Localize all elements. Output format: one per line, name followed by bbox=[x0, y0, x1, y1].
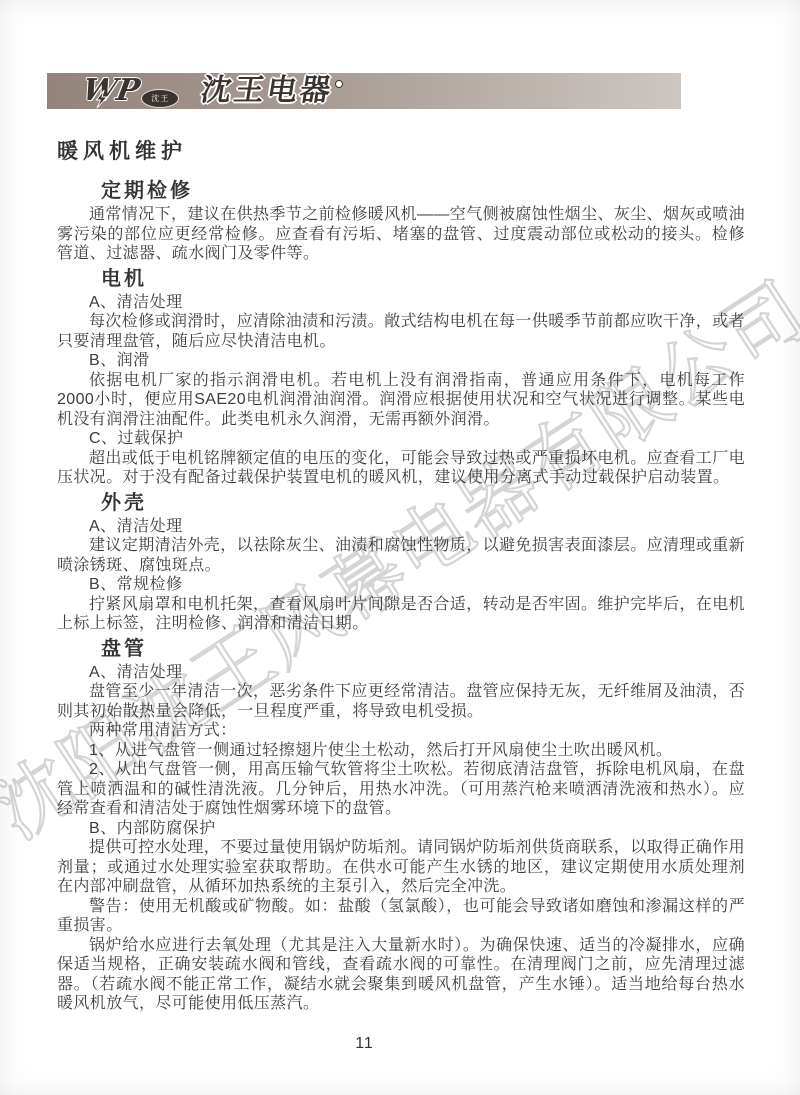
page-title: 暖风机维护 bbox=[57, 140, 745, 164]
paragraph: 通常情况下，建议在供热季节之前检修暖风机——空气侧被腐蚀性烟尘、灰尘、烟灰或喷油… bbox=[57, 205, 745, 264]
paragraph: 依据电机厂家的指示润滑电机。若电机上没有润滑指南，普通应用条件下，电机每工作20… bbox=[57, 371, 745, 430]
paragraph: 提供可控水处理，不要过量使用锅炉防垢剂。请同锅炉防垢剂供货商联系，以取得正确作用… bbox=[57, 838, 745, 897]
paragraph: 两种常用清洁方式： bbox=[57, 721, 745, 741]
section-heading: 电机 bbox=[101, 267, 745, 291]
header-brand-band: WP 沈王 沈王电器 bbox=[47, 73, 681, 109]
section-heading: 盘管 bbox=[101, 637, 745, 661]
paragraph: 锅炉给水应进行去氧处理（尤其是注入大量新水时）。为确保快速、适当的冷凝排水，应确… bbox=[57, 936, 745, 1014]
sub-heading: A、清洁处理 bbox=[89, 517, 745, 537]
sub-heading: B、润滑 bbox=[89, 351, 745, 371]
sub-heading: C、过载保护 bbox=[89, 429, 745, 449]
brand-wordmark: 沈王电器 bbox=[199, 76, 336, 106]
sub-heading: B、内部防腐保护 bbox=[89, 819, 745, 839]
section-heading: 定期检修 bbox=[101, 179, 745, 203]
paragraph: 建议定期清洁外壳，以祛除灰尘、油渍和腐蚀性物质，以避免损害表面漆层。应清理或重新… bbox=[57, 536, 745, 575]
paragraph: 盘管至少一年清洁一次，恶劣条件下应更经常清洁。盘管应保持无灰，无纤维屑及油渍，否… bbox=[57, 682, 745, 721]
sub-heading: A、清洁处理 bbox=[89, 663, 745, 683]
paragraph: 1、从进气盘管一侧通过轻擦翅片使尘土松动，然后打开风扇使尘土吹出暖风机。 bbox=[57, 741, 745, 761]
page-number: 11 bbox=[57, 1035, 672, 1053]
paragraph: 拧紧风扇罩和电机托架，查看风扇叶片间隙是否合适，转动是否牢固。维护完毕后，在电机… bbox=[57, 595, 745, 634]
brand-monogram-letters: WP bbox=[80, 73, 142, 108]
sub-heading: A、清洁处理 bbox=[89, 293, 745, 313]
paragraph: 超出或低于电机铭牌额定值的电压的变化，可能会导致过热或严重损坏电机。应查看工厂电… bbox=[57, 449, 745, 488]
registered-mark-icon bbox=[335, 80, 343, 88]
brand-oval-badge: 沈王 bbox=[141, 89, 179, 108]
brand-badge-label: 沈王 bbox=[151, 93, 169, 104]
document-content: 暖风机维护 定期检修 通常情况下，建议在供热季节之前检修暖风机——空气侧被腐蚀性… bbox=[57, 140, 745, 1014]
paragraph: 警告：使用无机酸或矿物酸。如：盐酸（氢氯酸），也可能会导致诸如磨蚀和渗漏这样的严… bbox=[57, 897, 745, 936]
brand-monogram: WP bbox=[80, 76, 142, 106]
sub-heading: B、常规检修 bbox=[89, 575, 745, 595]
section-heading: 外壳 bbox=[101, 491, 745, 515]
paragraph: 每次检修或润滑时，应清除油渍和污渍。敞式结构电机在每一供暖季节前都应吹干净，或者… bbox=[57, 312, 745, 351]
paragraph: 2、从出气盘管一侧，用高压输气软管将尘土吹松。若彻底清洁盘管，拆除电机风扇，在盘… bbox=[57, 760, 745, 819]
